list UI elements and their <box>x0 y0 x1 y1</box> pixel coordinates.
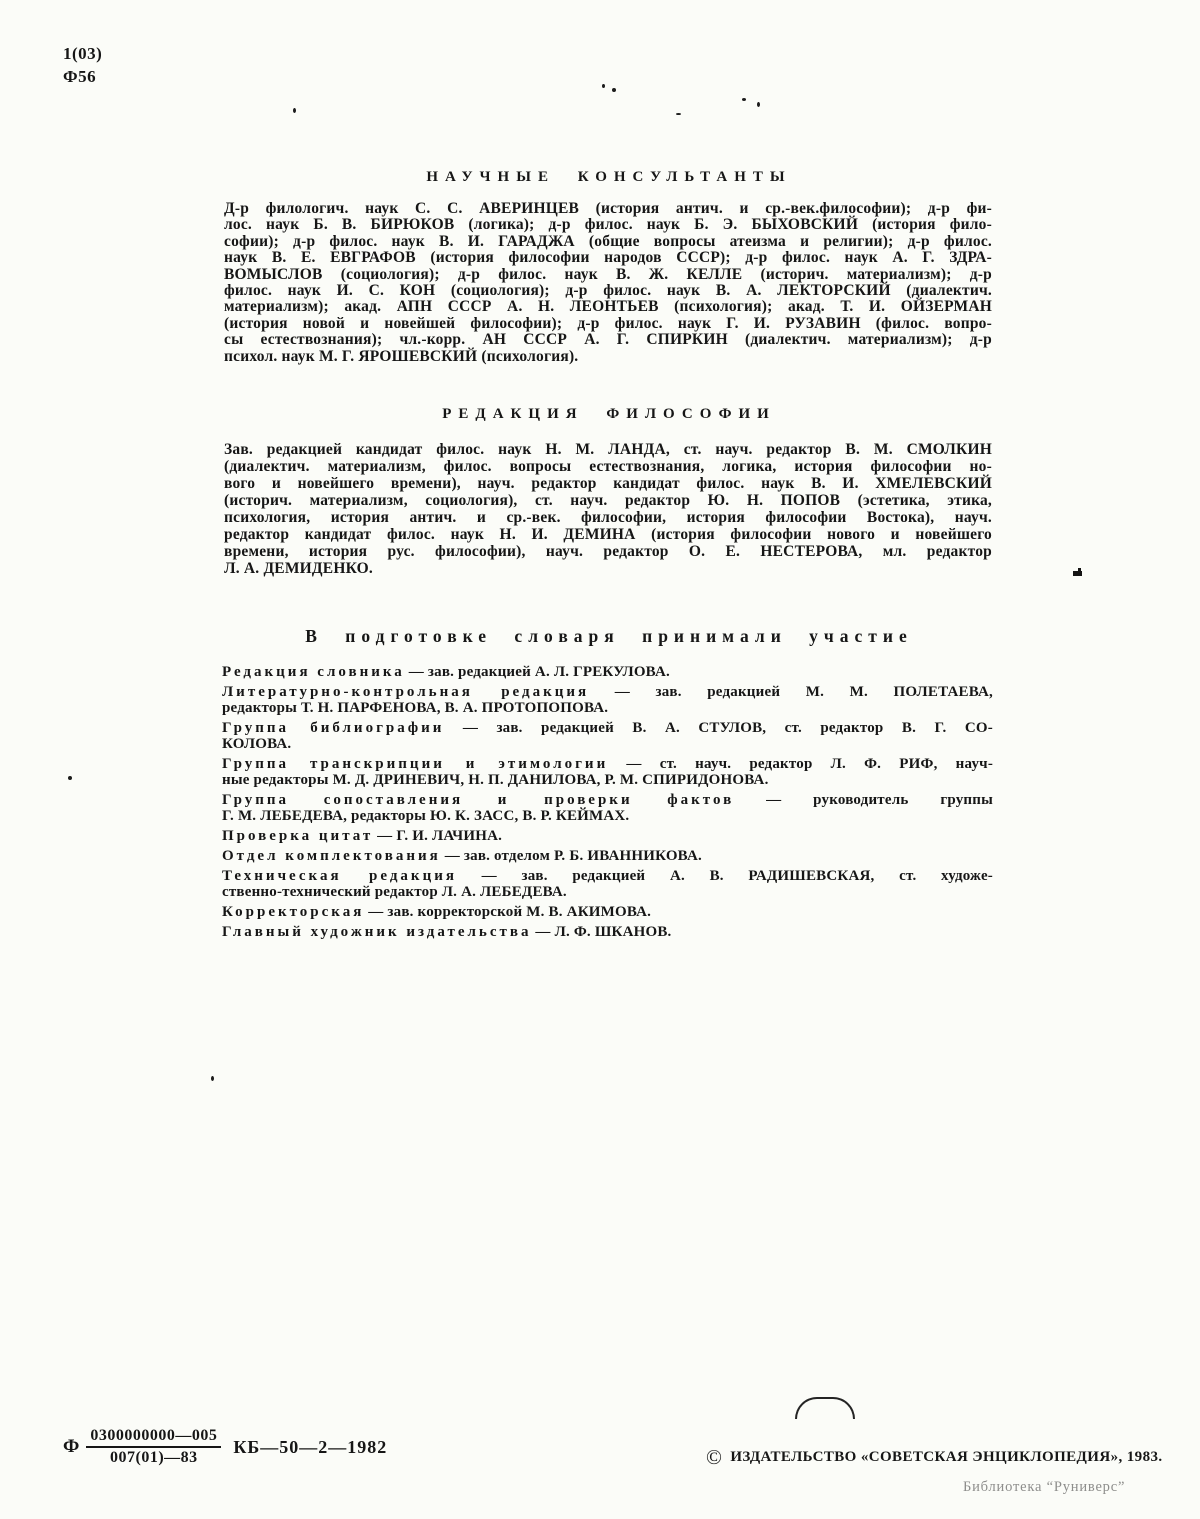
paragraph-line: (историч. материализм, социология), ст. … <box>224 492 992 509</box>
item-rest: — Л. Ф. ШКАНОВ. <box>535 924 671 940</box>
scan-artifact <box>602 84 605 88</box>
item-rest: — зав. редакцией М. М. ПОЛЕТАЕВА, <box>615 684 993 700</box>
paragraph-line: филос. наук И. С. КОН (социология); д-р … <box>224 283 992 299</box>
section-heading-editorial: РЕДАКЦИЯ ФИЛОСОФИИ <box>225 406 993 423</box>
participation-item: Техническая редакция — зав. редакцией А.… <box>222 868 993 901</box>
paragraph-line: времени, история рус. философии), науч. … <box>224 543 992 560</box>
item-lead: Редакция словника <box>222 664 405 680</box>
item-rest: — зав. редакцией А. В. РАДИШЕВСКАЯ, ст. … <box>482 868 993 884</box>
paragraph-line: (история новой и новейшей философии); д-… <box>224 316 992 332</box>
participation-item: Группа библиографии — зав. редакцией В. … <box>222 720 993 753</box>
paragraph-line: психология, история антич. и ср.-век. фи… <box>224 509 992 526</box>
consultants-paragraph: Д-р филологич. наук С. С. АВЕРИНЦЕВ (ист… <box>224 201 992 365</box>
scan-artifact <box>1078 568 1081 571</box>
item-lead: Техническая редакция <box>222 868 457 884</box>
participation-item: Отдел комплектования — зав. отделом Р. Б… <box>222 848 993 864</box>
item-lead: Литературно-контрольная редакция <box>222 684 589 700</box>
paragraph-line: Л. А. ДЕМИДЕНКО. <box>224 560 992 577</box>
paragraph-line: наук В. Е. ЕВГРАФОВ (история философии н… <box>224 250 992 266</box>
section-heading-consultants: НАУЧНЫЕ КОНСУЛЬТАНТЫ <box>225 169 993 186</box>
participation-item: Литературно-контрольная редакция — зав. … <box>222 684 993 717</box>
scan-artifact <box>1073 571 1082 576</box>
paragraph-line: Зав. редакцией кандидат филос. наук Н. М… <box>224 441 992 458</box>
participation-item: Проверка цитат — Г. И. ЛАЧИНА. <box>222 828 993 844</box>
section-heading-participation: В подготовке словаря принимали участие <box>225 626 993 647</box>
paragraph-line: ВОМЫСЛОВ (социология); д-р филос. наук В… <box>224 267 992 283</box>
imprint-letter: Ф <box>63 1436 79 1458</box>
library-watermark: Библиотека “Руниверс” <box>963 1479 1125 1496</box>
item-continuation: КОЛОВА. <box>222 736 993 752</box>
item-rest: — зав. редакцией В. А. СТУЛОВ, ст. редак… <box>463 720 993 736</box>
imprint-fraction: 0300000000—005 007(01)—83 <box>86 1426 221 1468</box>
udc-number: 1(03) <box>63 42 102 65</box>
item-lead: Корректорская <box>222 904 364 920</box>
item-rest: — зав. редакцией А. Л. ГРЕКУЛОВА. <box>409 664 670 680</box>
item-continuation: ные редакторы М. Д. ДРИНЕВИЧ, Н. П. ДАНИ… <box>222 772 993 788</box>
catalog-codes: 1(03) Ф56 <box>63 42 102 88</box>
scan-artifact <box>293 108 296 113</box>
item-continuation: редакторы Т. Н. ПАРФЕНОВА, В. А. ПРОТОПО… <box>222 700 993 716</box>
catalog-code: Ф56 <box>63 65 102 88</box>
item-lead: Группа сопоставления и проверки фактов <box>222 792 734 808</box>
item-rest: — руководитель группы <box>766 792 993 808</box>
item-lead: Группа транскрипции и этимологии <box>222 756 608 772</box>
item-rest: — ст. науч. редактор Л. Ф. РИФ, науч- <box>626 756 993 772</box>
participation-item: Редакция словника — зав. редакцией А. Л.… <box>222 664 993 680</box>
participation-item: Группа транскрипции и этимологии — ст. н… <box>222 756 993 789</box>
item-rest: — зав. корректорской М. В. АКИМОВА. <box>368 904 651 920</box>
participation-item: Главный художник издательства — Л. Ф. ШК… <box>222 924 993 940</box>
item-continuation: ственно-технический редактор Л. А. ЛЕБЕД… <box>222 884 993 900</box>
participation-list: Редакция словника — зав. редакцией А. Л.… <box>222 664 993 943</box>
item-lead: Отдел комплектования <box>222 848 441 864</box>
paragraph-line: Д-р филологич. наук С. С. АВЕРИНЦЕВ (ист… <box>224 201 992 217</box>
editorial-paragraph: Зав. редакцией кандидат филос. наук Н. М… <box>224 441 992 577</box>
item-continuation: Г. М. ЛЕБЕДЕВА, редакторы Ю. К. ЗАСС, В.… <box>222 808 993 824</box>
item-rest: — зав. отделом Р. Б. ИВАННИКОВА. <box>445 848 702 864</box>
item-lead: Главный художник издательства <box>222 924 531 940</box>
scan-artifact <box>676 113 681 115</box>
paragraph-line: психол. наук М. Г. ЯРОШЕВСКИЙ (психологи… <box>224 349 992 365</box>
item-lead: Группа библиографии <box>222 720 444 736</box>
paragraph-line: сы естествознания); чл.-корр. АН СССР А.… <box>224 332 992 348</box>
copyright-line: © ИЗДАТЕЛЬСТВО «СОВЕТСКАЯ ЭНЦИКЛОПЕДИЯ»,… <box>706 1447 1163 1468</box>
paragraph-line: редактор кандидат филос. наук Н. И. ДЕМИ… <box>224 526 992 543</box>
scan-artifact <box>211 1076 214 1081</box>
paragraph-line: софии); д-р филос. наук В. И. ГАРАДЖА (о… <box>224 234 992 250</box>
participation-item: Корректорская — зав. корректорской М. В.… <box>222 904 993 920</box>
copyright-text: ИЗДАТЕЛЬСТВО «СОВЕТСКАЯ ЭНЦИКЛОПЕДИЯ», 1… <box>730 1449 1162 1466</box>
item-rest: — Г. И. ЛАЧИНА. <box>377 828 502 844</box>
item-lead: Проверка цитат <box>222 828 373 844</box>
scan-artifact <box>68 776 72 780</box>
participation-item: Группа сопоставления и проверки фактов —… <box>222 792 993 825</box>
paragraph-line: вого и новейшего времени), науч. редакто… <box>224 475 992 492</box>
scan-artifact <box>757 102 760 107</box>
imprint-block: Ф 0300000000—005 007(01)—83 КБ—50—2—1982 <box>63 1426 387 1468</box>
imprint-code: КБ—50—2—1982 <box>233 1437 387 1458</box>
paragraph-line: материализм); акад. АПН СССР А. Н. ЛЕОНТ… <box>224 299 992 315</box>
paragraph-line: лос. наук Б. В. БИРЮКОВ (логика); д-р фи… <box>224 217 992 233</box>
paragraph-line: (диалектич. материализм, филос. вопросы … <box>224 458 992 475</box>
scan-artifact <box>742 98 746 101</box>
scan-arc-artifact <box>795 1397 855 1419</box>
scan-artifact <box>612 88 616 92</box>
fraction-numerator: 0300000000—005 <box>86 1426 221 1448</box>
copyright-icon: © <box>706 1447 722 1468</box>
fraction-denominator: 007(01)—83 <box>86 1448 221 1468</box>
